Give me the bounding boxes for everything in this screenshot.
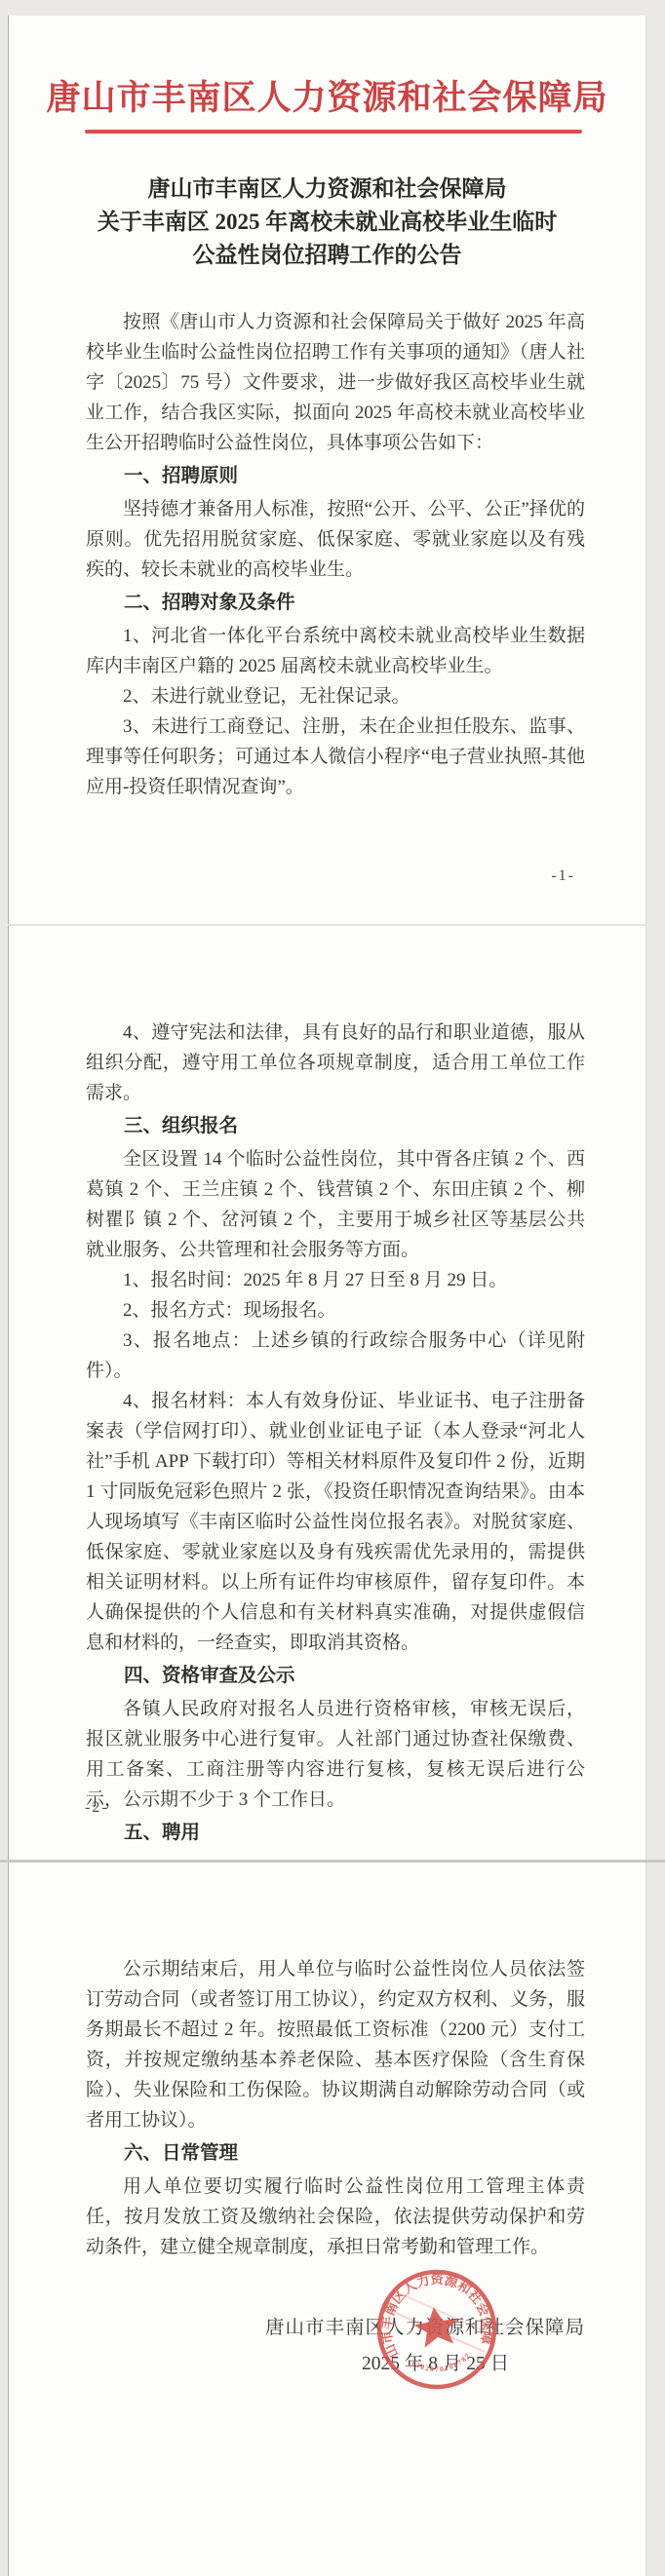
paragraph: 3、报名地点：上述乡镇的行政综合服务中心（详见附件）。 (86, 1326, 585, 1386)
page-number-1: -1- (551, 867, 575, 885)
paragraph: 4、报名材料：本人有效身份证、毕业证书、电子注册备案表（学信网打印）、就业创业证… (86, 1386, 585, 1658)
paragraph: 3、未进行工商登记、注册，未在企业担任股东、监事、理事等任何职务；可通过本人微信… (86, 711, 585, 802)
paragraph: 1、河北省一体化平台系统中离校未就业高校毕业生数据库内丰南区户籍的 2025 届… (86, 621, 585, 681)
paragraph: 4、遵守宪法和法律，具有良好的品行和职业道德，服从组织分配，遵守用工单位各项规章… (86, 1018, 585, 1108)
paragraph: 按照《唐山市人力资源和社会保障局关于做好 2025 年高校毕业生临时公益性岗位招… (86, 307, 585, 458)
document-title-line-2: 关于丰南区 2025 年离校未就业高校毕业生临时 (9, 206, 645, 239)
page-number-2: -2- (85, 1799, 109, 1817)
paragraph: 1、报名时间：2025 年 8 月 27 日至 8 月 29 日。 (86, 1265, 585, 1295)
paragraph: 用人单位要切实履行临时公益性岗位用工管理主体责任，按月发放工资及缴纳社会保险，依… (86, 2172, 585, 2262)
paragraph: 一、招聘原则 (86, 461, 585, 491)
org-banner-title: 唐山市丰南区人力资源和社会保障局 (9, 76, 645, 121)
paragraph: 三、组织报名 (86, 1111, 585, 1141)
paragraph: 全区设置 14 个临时公益性岗位，其中胥各庄镇 2 个、西葛镇 2 个、王兰庄镇… (86, 1144, 585, 1265)
paragraph: 公示期结束后，用人单位与临时公益性岗位人员依法签订劳动合同（或者签订用工协议），… (86, 1954, 585, 2135)
issue-date: 2025 年 8 月 25 日 (362, 2348, 509, 2375)
paragraph: 二、招聘对象及条件 (86, 588, 585, 618)
page-2-body: 4、遵守宪法和法律，具有良好的品行和职业道德，服从组织分配，遵守用工单位各项规章… (9, 926, 645, 1848)
page-3-body: 公示期结束后，用人单位与临时公益性岗位人员依法签订劳动合同（或者签订用工协议），… (9, 1863, 645, 2262)
paragraph: 四、资格审查及公示 (86, 1661, 585, 1691)
banner-divider-rule (85, 130, 582, 134)
document-title-line-1: 唐山市丰南区人力资源和社会保障局 (9, 173, 645, 206)
paragraph: 2、未进行就业登记，无社保记录。 (86, 681, 585, 711)
document-page-1: 唐山市丰南区人力资源和社会保障局 唐山市丰南区人力资源和社会保障局 关于丰南区 … (8, 16, 646, 924)
document-title: 唐山市丰南区人力资源和社会保障局 关于丰南区 2025 年离校未就业高校毕业生临… (9, 173, 645, 272)
page-1-body: 按照《唐山市人力资源和社会保障局关于做好 2025 年高校毕业生临时公益性岗位招… (9, 307, 645, 802)
paragraph: 各镇人民政府对报名人员进行资格审核，审核无误后，报区就业服务中心进行复审。人社部… (86, 1694, 585, 1815)
document-title-line-3: 公益性岗位招聘工作的公告 (9, 239, 645, 272)
issuing-authority-signature: 唐山市丰南区人力资源和社会保障局 (265, 2312, 585, 2339)
paragraph: 坚持德才兼备用人标准，按照“公开、公平、公正”择优的原则。优先招用脱贫家庭、低保… (86, 494, 585, 585)
paragraph: 2、报名方式：现场报名。 (86, 1295, 585, 1326)
paragraph: 六、日常管理 (86, 2138, 585, 2169)
scanned-announcement: 唐山市丰南区人力资源和社会保障局 唐山市丰南区人力资源和社会保障局 关于丰南区 … (0, 0, 665, 2576)
document-page-3: 公示期结束后，用人单位与临时公益性岗位人员依法签订劳动合同（或者签订用工协议），… (8, 1863, 646, 2576)
document-page-2: 4、遵守宪法和法律，具有良好的品行和职业道德，服从组织分配，遵守用工单位各项规章… (8, 926, 646, 1860)
paragraph: 五、聘用 (86, 1818, 585, 1848)
